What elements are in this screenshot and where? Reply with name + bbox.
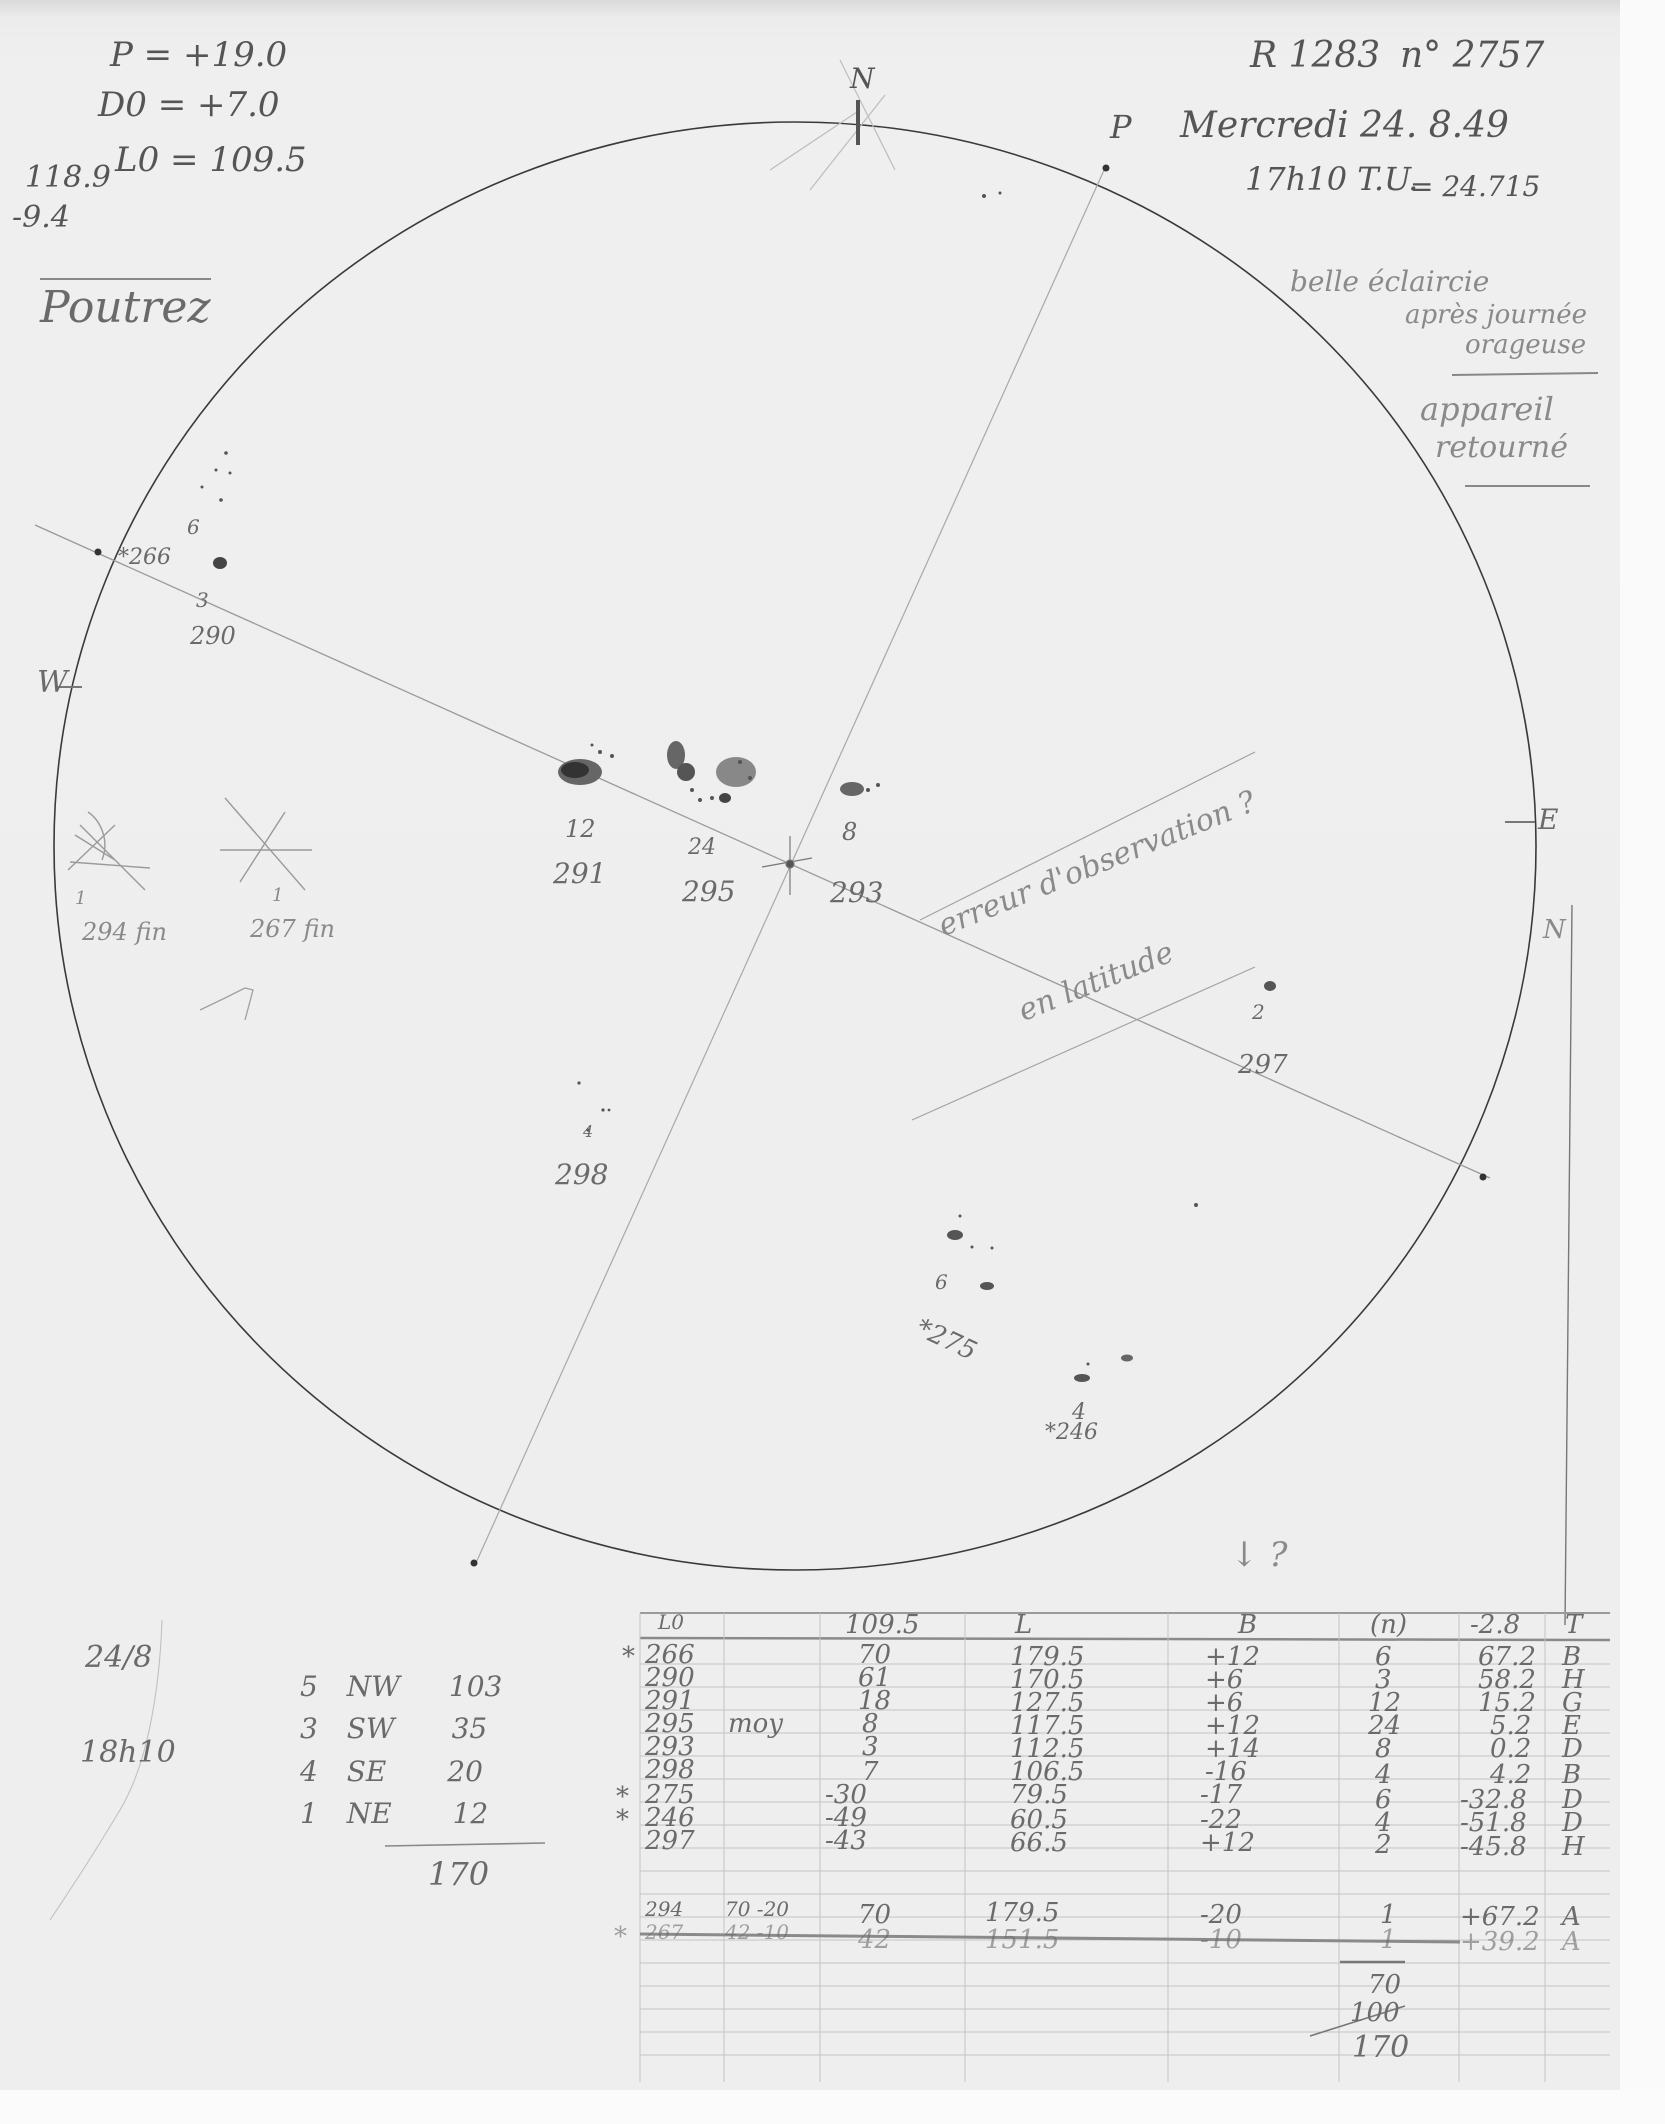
row-b: +12 — [1200, 1828, 1255, 1858]
sunspot-group-297 — [1264, 981, 1276, 991]
sum-part-a: 70 — [1368, 1970, 1401, 2000]
sunspot-group-246 — [1074, 1355, 1133, 1383]
group-295-id: 295 — [682, 875, 735, 908]
group-290-count: 6 — [187, 515, 200, 539]
group-275-count: 6 — [935, 1270, 948, 1294]
decimal-date: = 24.715 — [1410, 170, 1540, 203]
group-295-count: 24 — [688, 835, 716, 860]
observation-number: n° 2757 — [1400, 35, 1544, 76]
group-267-count: 1 — [272, 885, 283, 906]
solar-disk-outline — [54, 122, 1536, 1570]
arrow-question-mark: ↓ ? — [1230, 1535, 1288, 1575]
note-date: 24/8 — [85, 1640, 152, 1675]
header-109-5: 109.5 — [845, 1610, 919, 1640]
group-294-count: 1 — [75, 888, 86, 909]
quadrant-row: 1 NE 12 — [300, 1797, 488, 1830]
header-b: B — [1238, 1610, 1257, 1640]
group-290-count-2: 3 — [196, 588, 209, 612]
group-293-count: 8 — [842, 818, 857, 846]
quadrant-n: 1 — [300, 1797, 318, 1830]
north-label: N — [850, 62, 875, 95]
note-time: 18h10 — [80, 1735, 176, 1770]
equator-east-dot — [1480, 1174, 1487, 1181]
quadrant-value: 35 — [452, 1712, 488, 1745]
small-dots — [982, 192, 1198, 1208]
sunspot-group-290 — [201, 451, 232, 569]
quadrant-row: 5 NW 103 — [300, 1670, 502, 1703]
quadrant-row: 3 SW 35 — [300, 1712, 487, 1745]
header-n: (n) — [1370, 1610, 1407, 1640]
quadrant-row: 4 SE 20 — [300, 1755, 483, 1788]
row-a: -43 — [825, 1826, 867, 1856]
observer-signature: Poutrez — [40, 278, 211, 333]
l0-value: L0 = 109.5 — [115, 140, 307, 180]
row-note: moy — [728, 1709, 783, 1739]
disk-center-cross — [762, 836, 812, 895]
observation-date: Mercredi 24. 8.49 — [1180, 105, 1509, 146]
calc-sub: -9.4 — [12, 200, 70, 235]
scribble-mark — [200, 988, 253, 1020]
south-pole-dot — [471, 1560, 478, 1567]
row-mark: * — [614, 1922, 627, 1952]
group-266-label: *266 — [118, 545, 171, 570]
sum-part-b: 100 — [1350, 1998, 1400, 2028]
reference-number: R 1283 — [1250, 35, 1380, 76]
group-291-count: 12 — [565, 815, 596, 843]
sunspot-group-295 — [667, 741, 756, 803]
sum-total: 170 — [1352, 2030, 1409, 2065]
crossed-group-267 — [220, 798, 312, 890]
equator-west-dot — [95, 549, 102, 556]
group-290-id: 290 — [190, 622, 236, 650]
row-note: 42 -10 — [725, 1920, 789, 1944]
sum-line-left — [385, 1843, 545, 1846]
observation-time: 17h10 T.U. — [1245, 160, 1418, 198]
p-angle: P = +19.0 — [110, 35, 287, 75]
group-291-id: 291 — [553, 857, 606, 890]
group-246-id: *246 — [1045, 1420, 1098, 1445]
remark-line-5: retourné — [1435, 430, 1568, 465]
row-t: A — [1562, 1927, 1581, 1957]
remark-line-4: appareil — [1420, 390, 1554, 428]
quadrant-value: 103 — [449, 1670, 502, 1703]
pole-label: P — [1110, 108, 1132, 146]
group-298-id: 298 — [555, 1158, 608, 1191]
quadrant-total: 170 — [428, 1855, 489, 1893]
west-label: W — [37, 665, 68, 700]
b0-value: D0 = +7.0 — [98, 85, 280, 125]
sunspot-group-291 — [558, 744, 614, 786]
row-l: 179.5 — [985, 1898, 1059, 1928]
quadrant-name: SE — [347, 1755, 387, 1788]
pole-dot — [1103, 165, 1110, 172]
row-mark: * — [622, 1642, 635, 1672]
row-id: 297 — [645, 1826, 695, 1856]
remark-divider-1 — [1452, 373, 1598, 375]
row-t: H — [1562, 1832, 1585, 1862]
side-north-label: N — [1543, 915, 1566, 945]
quadrant-name: NW — [347, 1670, 400, 1703]
row-b: -10 — [1200, 1925, 1242, 1955]
sunspot-group-275 — [947, 1215, 994, 1291]
row-v: +39.2 — [1460, 1927, 1540, 1957]
east-label: E — [1538, 803, 1558, 836]
header-type: T — [1565, 1610, 1582, 1640]
row-id: 294 — [645, 1897, 683, 1921]
equator-line — [35, 525, 1490, 1178]
quadrant-n: 4 — [300, 1755, 318, 1788]
quadrant-name: SW — [347, 1712, 395, 1745]
group-297-count: 2 — [1252, 1000, 1265, 1024]
group-293-id: 293 — [830, 876, 883, 909]
quadrant-value: 12 — [453, 1797, 489, 1830]
crossed-group-294 — [68, 812, 150, 890]
row-v: -45.8 — [1460, 1832, 1527, 1862]
row-n: 2 — [1375, 1830, 1392, 1860]
header-l0: L0 — [658, 1610, 684, 1634]
quadrant-n: 5 — [300, 1670, 318, 1703]
header-offset: -2.8 — [1470, 1610, 1520, 1640]
sunspot-group-293 — [840, 782, 880, 796]
remark-line-2: après journée — [1405, 300, 1587, 330]
row-l: 151.5 — [985, 1925, 1059, 1955]
row-n: 1 — [1380, 1925, 1397, 1955]
row-mark: * — [616, 1805, 629, 1835]
group-298-count: 4 — [583, 1122, 593, 1141]
quadrant-name: NE — [347, 1797, 392, 1830]
remark-line-3: orageuse — [1465, 330, 1586, 360]
row-note: 70 -20 — [725, 1897, 789, 1921]
row-id: 267 — [645, 1920, 683, 1944]
north-marker — [770, 60, 895, 190]
quadrant-n: 3 — [300, 1712, 318, 1745]
group-267-id: 267 fin — [250, 915, 335, 943]
calc-top: 118.9 — [25, 160, 111, 195]
side-north-line — [1565, 905, 1572, 1625]
remark-line-1: belle éclaircie — [1290, 265, 1489, 298]
row-l: 66.5 — [1010, 1828, 1068, 1858]
quadrant-value: 20 — [447, 1755, 483, 1788]
group-294-id: 294 fin — [82, 918, 167, 946]
header-l: L — [1015, 1610, 1032, 1640]
group-297-id: 297 — [1238, 1050, 1288, 1080]
row-a: 42 — [858, 1925, 891, 1955]
